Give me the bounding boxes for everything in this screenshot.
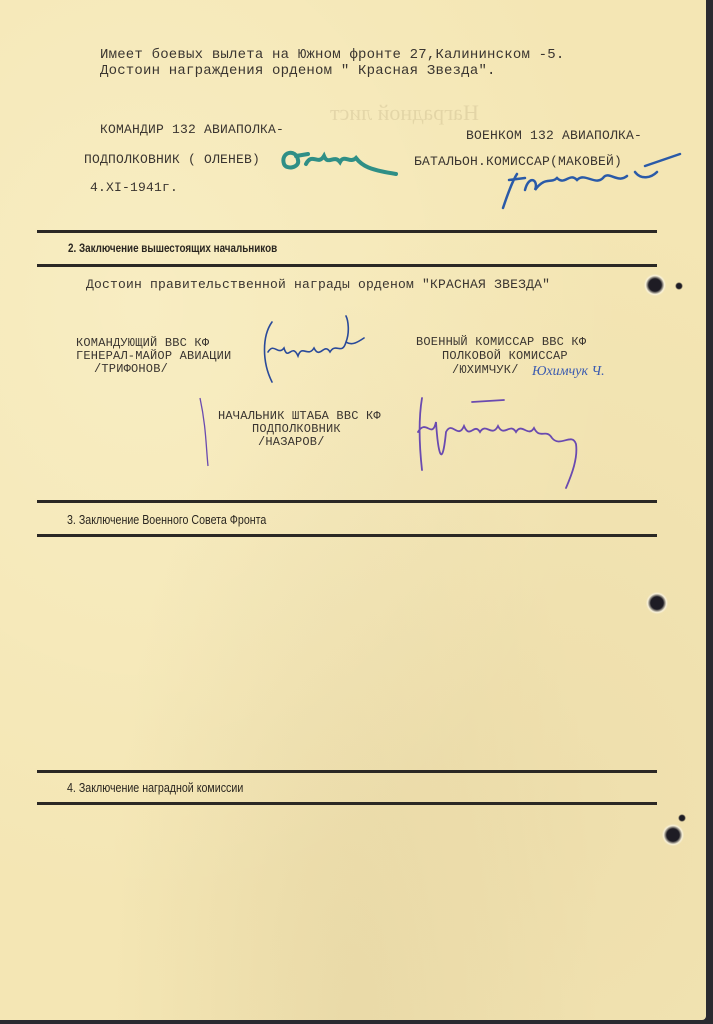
bracket-mark [198, 396, 210, 468]
section-2-text: Достоин правительственной награды ордено… [86, 277, 550, 292]
binder-hole-icon [646, 592, 668, 614]
yukhimchuk-line-1: ВОЕННЫЙ КОМИССАР ВВС КФ [416, 335, 586, 349]
binder-hole-icon [662, 824, 684, 846]
binder-hole-icon [675, 282, 683, 290]
trifonov-line-3: /ТРИФОНОВ/ [76, 363, 231, 376]
divider [37, 770, 657, 773]
divider [37, 802, 657, 805]
nazarov-line-3: /НАЗАРОВ/ [218, 436, 381, 449]
nazarov-signature-icon [412, 392, 592, 492]
divider [37, 264, 657, 267]
binder-hole-icon [678, 814, 686, 822]
commander-rank-name: ПОДПОЛКОВНИК ( ОЛЕНЕВ) [84, 152, 260, 167]
section-3-heading: 3. Заключение Военного Совета Фронта [67, 512, 266, 527]
intro-line-1: Имеет боевых вылета на Южном фронте 27,К… [100, 47, 564, 63]
nazarov-block: НАЧАЛЬНИК ШТАБА ВВС КФ ПОДПОЛКОВНИК /НАЗ… [218, 410, 381, 449]
yukhimchuk-handwritten-signature: Юхимчук Ч. [532, 364, 605, 380]
makovey-signature-icon [495, 150, 685, 210]
binder-hole-icon [644, 274, 666, 296]
section-2-heading: 2. Заключение вышестоящих начальников [68, 241, 277, 255]
section-4-heading: 4. Заключение наградной комиссии [67, 780, 243, 795]
commissar-title: ВОЕНКОМ 132 АВИАПОЛКА- [466, 128, 642, 143]
yukhimchuk-line-2: ПОЛКОВОЙ КОМИССАР [416, 349, 586, 363]
divider [37, 230, 657, 233]
commander-title: КОМАНДИР 132 АВИАПОЛКА- [100, 122, 284, 137]
document-page: Наградной лист Имеет боевых вылета на Юж… [0, 0, 706, 1020]
commander-date: 4.XI-1941г. [90, 180, 178, 195]
intro-text: Имеет боевых вылета на Южном фронте 27,К… [100, 47, 564, 79]
intro-line-2: Достоин награждения орденом " Красная Зв… [100, 63, 564, 79]
reverse-side-show-through: Наградной лист [330, 100, 479, 126]
trifonov-block: КОМАНДУЮЩИЙ ВВС КФ ГЕНЕРАЛ-МАЙОР АВИАЦИИ… [76, 337, 231, 376]
divider [37, 534, 657, 537]
olenev-signature-icon [278, 142, 398, 187]
trifonov-signature-icon [258, 312, 368, 387]
divider [37, 500, 657, 503]
